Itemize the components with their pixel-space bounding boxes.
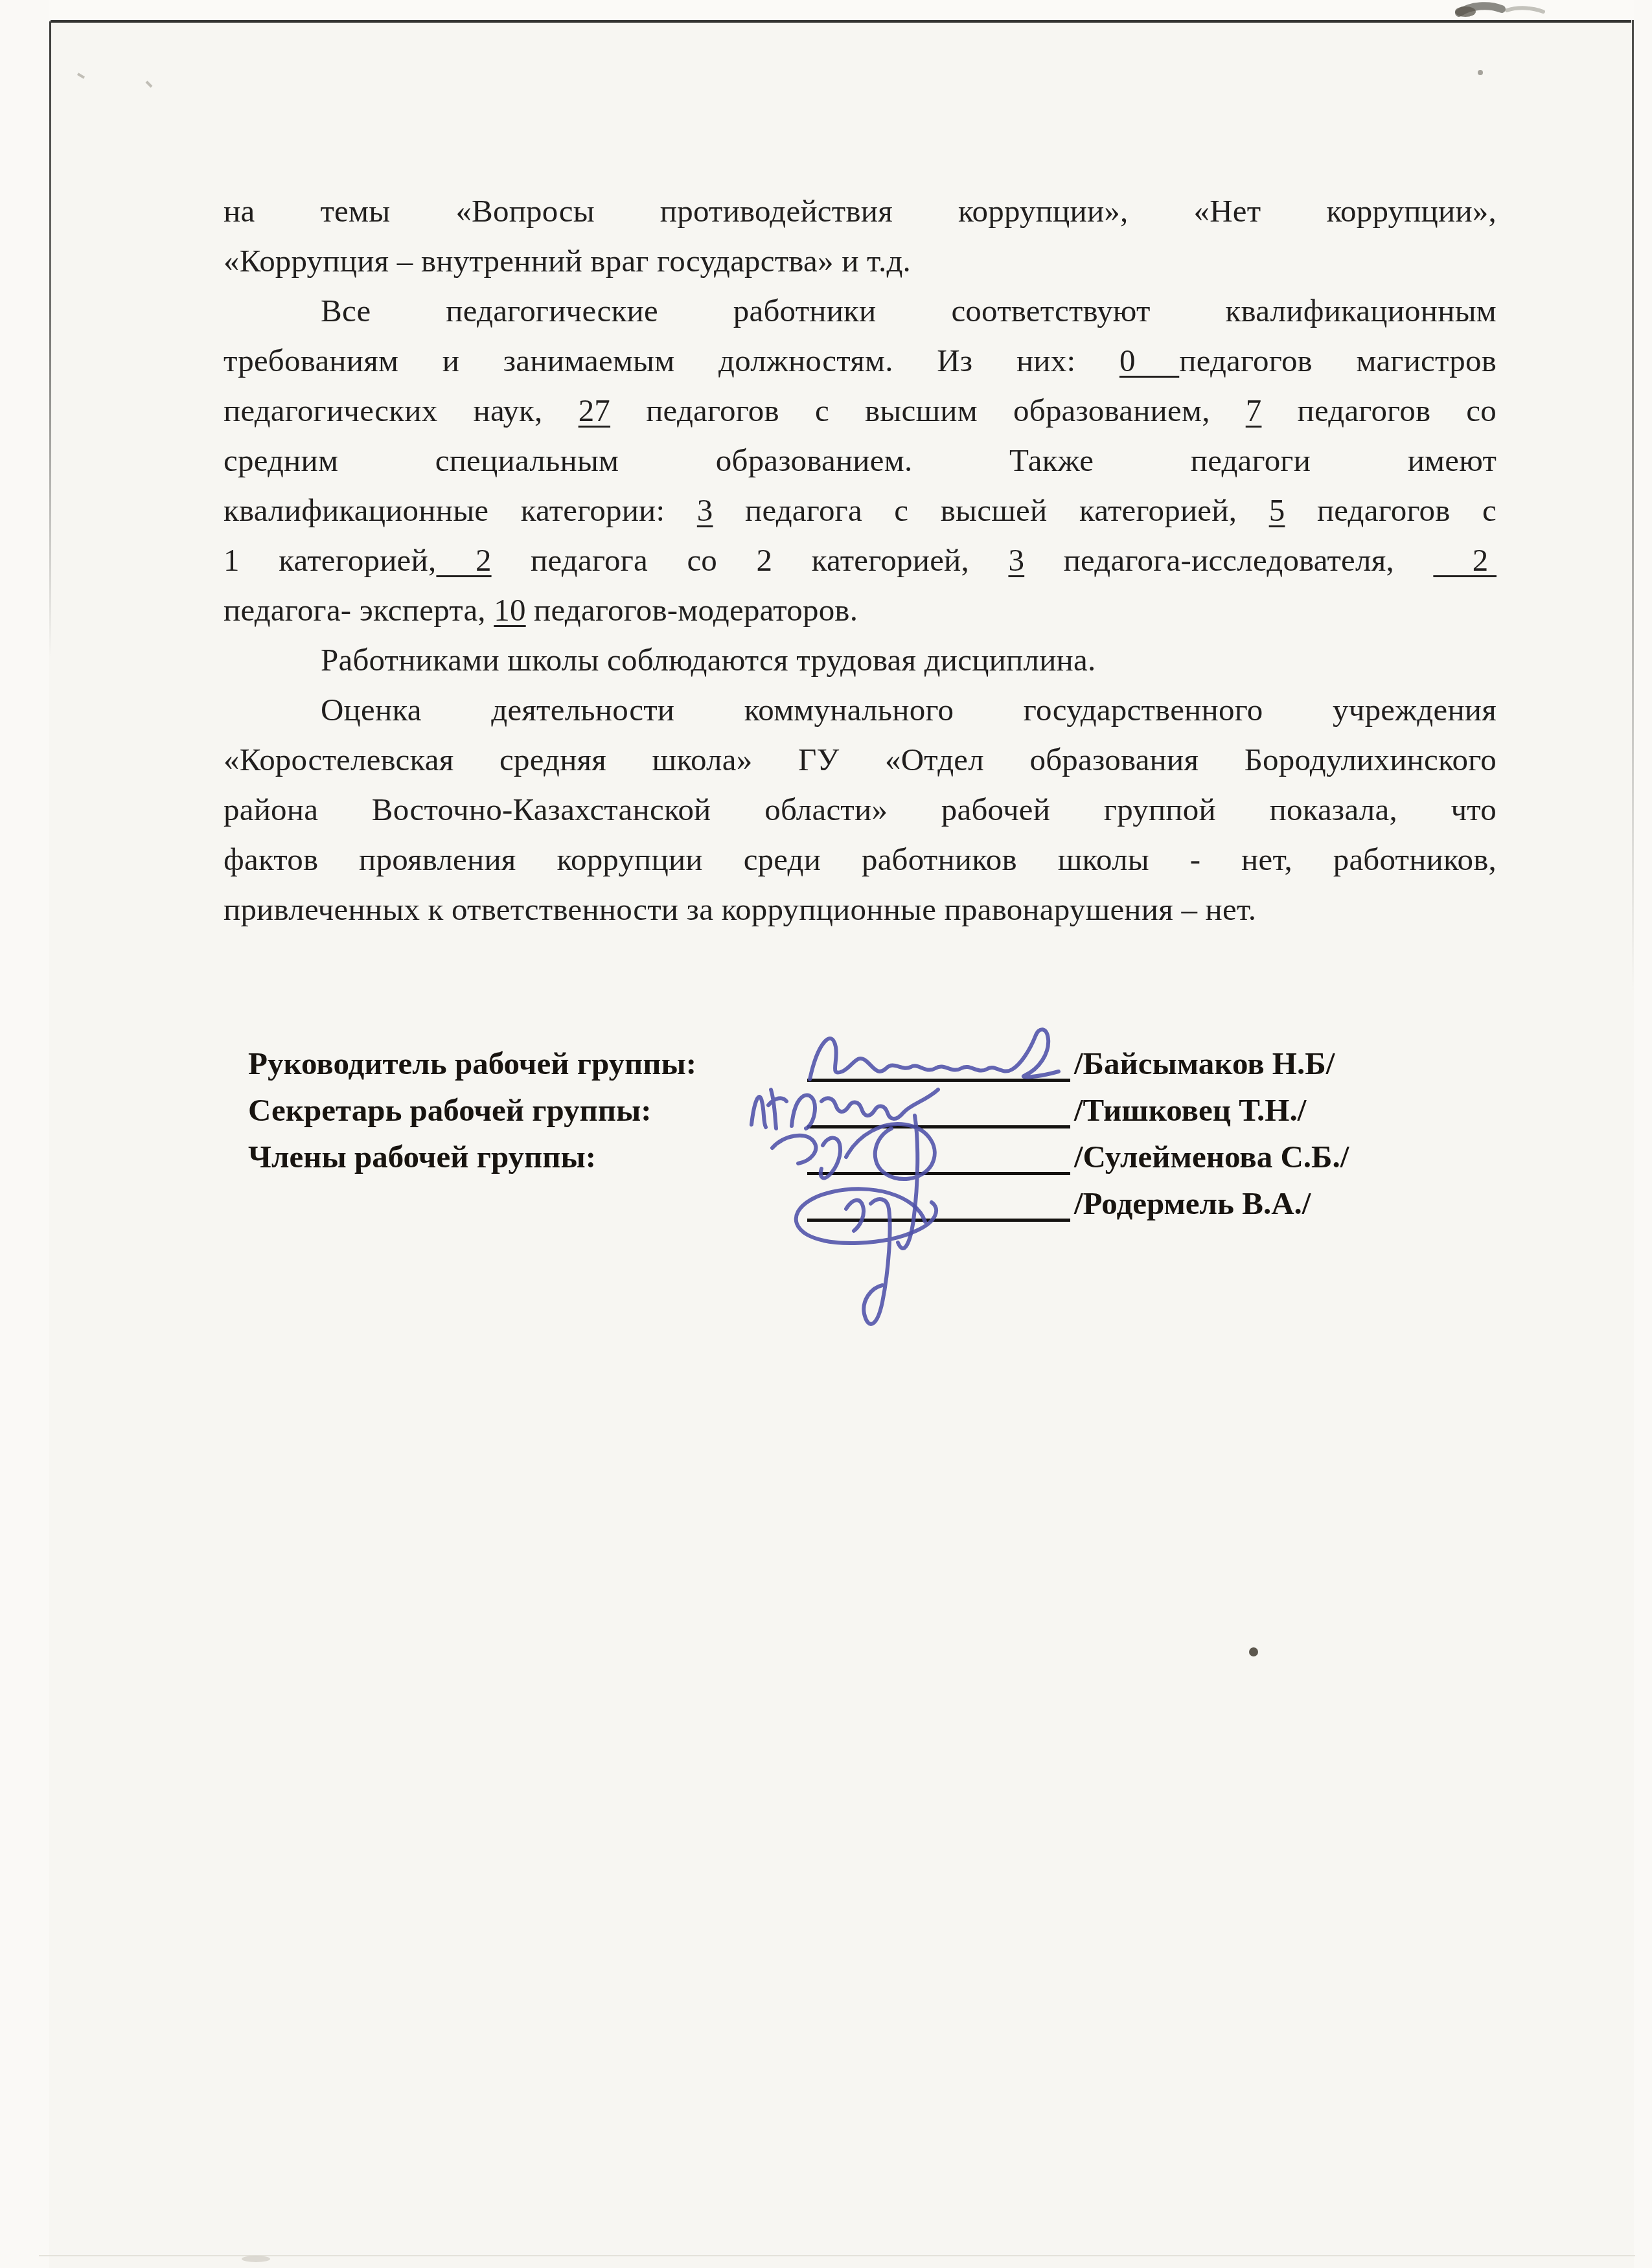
page-edge-right bbox=[1632, 20, 1634, 992]
text-run: педагогов со bbox=[1261, 393, 1497, 428]
text-run: квалификационные категории: bbox=[224, 492, 697, 528]
underlined-value: 2 bbox=[436, 542, 491, 578]
text-line: на темы «Вопросы противодействия коррупц… bbox=[224, 186, 1497, 236]
text-line: педагогических наук, 27 педагогов с высш… bbox=[224, 385, 1497, 435]
signature-row: Руководитель рабочей группы:/Байсымаков … bbox=[248, 1035, 1479, 1082]
page-edge-bottom bbox=[39, 2255, 1635, 2256]
document-text: на темы «Вопросы противодействия коррупц… bbox=[224, 186, 1497, 934]
text-run: средним специальным образованием. Также … bbox=[224, 442, 1497, 478]
text-run: Оценка деятельности коммунального госуда… bbox=[321, 692, 1497, 727]
text-run: на темы «Вопросы противодействия коррупц… bbox=[224, 193, 1497, 229]
underlined-value: 7 bbox=[1246, 393, 1262, 428]
text-run: «Коростелевская средняя школа» ГУ «Отдел… bbox=[224, 742, 1497, 777]
signature-line bbox=[807, 1167, 1070, 1175]
text-line: средним специальным образованием. Также … bbox=[224, 435, 1497, 485]
signature-role-label: Секретарь рабочей группы: bbox=[248, 1092, 807, 1128]
signature-name: /Родермель В.А./ bbox=[1070, 1185, 1311, 1222]
page-edge-left bbox=[49, 21, 51, 656]
text-run: педагога- эксперта, bbox=[224, 592, 494, 628]
text-line: «Коррупция – внутренний враг государства… bbox=[224, 236, 1497, 286]
underlined-value: 3 bbox=[697, 492, 713, 528]
text-run: педагога с высшей категорией, bbox=[713, 492, 1269, 528]
text-line: 1 категорией, 2 педагога со 2 категорией… bbox=[224, 535, 1497, 585]
signature-row: /Родермель В.А./ bbox=[248, 1175, 1479, 1222]
text-line: района Восточно-Казахстанской области» р… bbox=[224, 785, 1497, 834]
text-line: фактов проявления коррупции среди работн… bbox=[224, 834, 1497, 884]
signature-name: /Сулейменова С.Б./ bbox=[1070, 1138, 1349, 1175]
underlined-value: 10 bbox=[494, 592, 525, 628]
signature-block: Руководитель рабочей группы:/Байсымаков … bbox=[248, 1035, 1479, 1222]
signature-row: Члены рабочей группы:/Сулейменова С.Б./ bbox=[248, 1128, 1479, 1175]
text-run: педагогов с высшим образованием, bbox=[610, 393, 1246, 428]
text-run: педагогических наук, bbox=[224, 393, 579, 428]
underlined-value: 3 bbox=[1008, 542, 1024, 578]
text-run: педагогов-модераторов. bbox=[526, 592, 858, 628]
text-line: требованиям и занимаемым должностям. Из … bbox=[224, 336, 1497, 385]
signature-line bbox=[807, 1073, 1070, 1082]
text-run: привлеченных к ответственности за корруп… bbox=[224, 891, 1256, 927]
signature-line bbox=[807, 1120, 1070, 1128]
signature-role-label: Руководитель рабочей группы: bbox=[248, 1045, 807, 1082]
scan-margin-right bbox=[1634, 0, 1652, 2268]
text-line: «Коростелевская средняя школа» ГУ «Отдел… bbox=[224, 735, 1497, 785]
signature-row: Секретарь рабочей группы:/Тишковец Т.Н./ bbox=[248, 1082, 1479, 1128]
text-line: Работниками школы соблюдаются трудовая д… bbox=[224, 635, 1497, 685]
text-run: «Коррупция – внутренний враг государства… bbox=[224, 243, 911, 279]
text-run: 1 категорией, bbox=[224, 542, 436, 578]
underlined-value: 0 bbox=[1119, 343, 1179, 378]
text-line: Оценка деятельности коммунального госуда… bbox=[224, 685, 1497, 735]
text-run: требованиям и занимаемым должностям. Из … bbox=[224, 343, 1119, 378]
text-run: Работниками школы соблюдаются трудовая д… bbox=[321, 642, 1096, 678]
scanned-document-page: { "page": { "paper_color": "#f7f6f2", "i… bbox=[0, 0, 1652, 2268]
text-line: квалификационные категории: 3 педагога с… bbox=[224, 485, 1497, 535]
signature-name: /Байсымаков Н.Б/ bbox=[1070, 1045, 1335, 1082]
text-run: педагогов с bbox=[1285, 492, 1497, 528]
underlined-value: 5 bbox=[1269, 492, 1285, 528]
text-run: Все педагогические работники соответству… bbox=[321, 293, 1497, 328]
signature-name: /Тишковец Т.Н./ bbox=[1070, 1092, 1306, 1128]
underlined-value: 27 bbox=[579, 393, 610, 428]
signature-line bbox=[807, 1213, 1070, 1222]
text-line: педагога- эксперта, 10 педагогов-модерат… bbox=[224, 585, 1497, 635]
text-run: педагогов магистров bbox=[1179, 343, 1497, 378]
signature-role-label: Члены рабочей группы: bbox=[248, 1138, 807, 1175]
text-run: фактов проявления коррупции среди работн… bbox=[224, 842, 1497, 877]
text-run: района Восточно-Казахстанской области» р… bbox=[224, 792, 1497, 827]
page-edge-top bbox=[51, 20, 1631, 23]
text-run: педагога-исследователя, bbox=[1024, 542, 1433, 578]
text-line: привлеченных к ответственности за корруп… bbox=[224, 884, 1497, 934]
text-run: педагога со 2 категорией, bbox=[492, 542, 1009, 578]
text-line: Все педагогические работники соответству… bbox=[224, 286, 1497, 336]
underlined-value: 2 bbox=[1433, 542, 1497, 578]
scan-margin-left bbox=[0, 0, 49, 2268]
scan-margin-top bbox=[0, 0, 1652, 20]
